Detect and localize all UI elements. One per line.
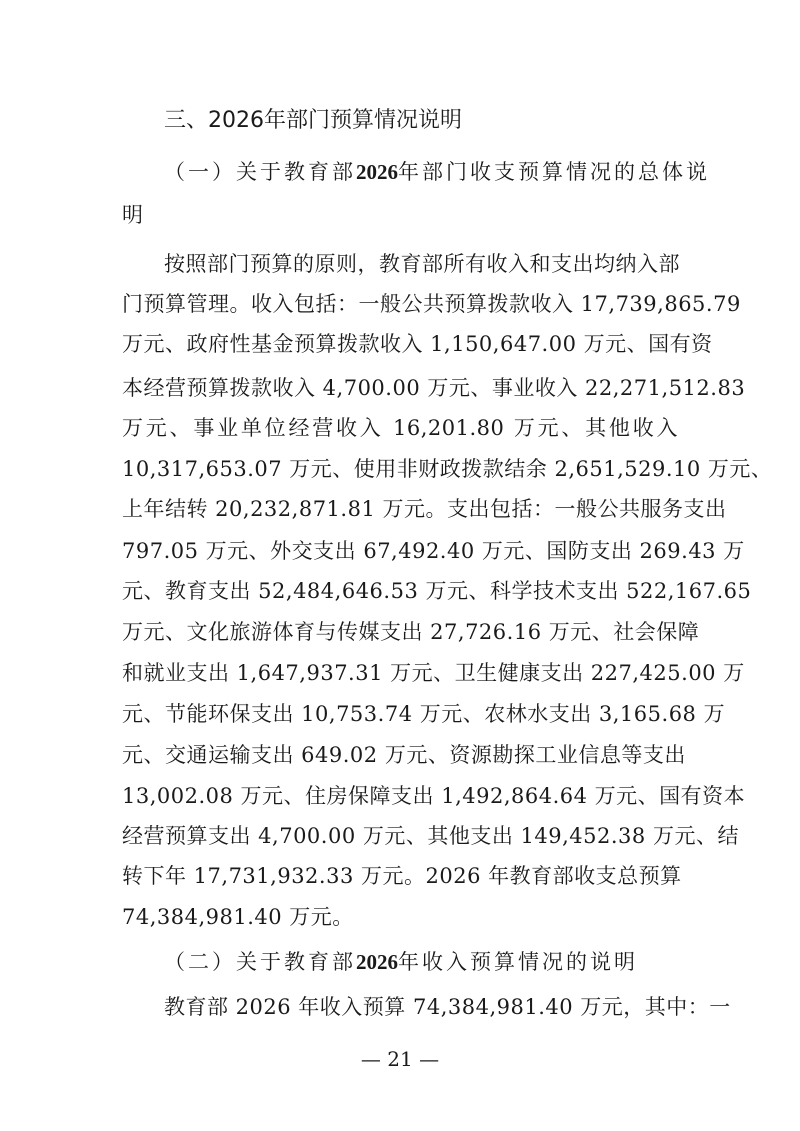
subsection-1-heading-line-1: （一）关于教育部2026年部门收支预算情况的总体说 [164,158,678,186]
paragraph-1-line: 13,002.08 万元、住房保障支出 1,492,864.64 万元、国有资本 [122,782,678,810]
subsection-1-prefix: （一）关于教育部 [164,160,356,184]
paragraph-1-line: 转下年 17,731,932.33 万元。2026 年教育部收支总预算 [122,862,678,890]
paragraph-1-line: 元、教育支出 52,484,646.53 万元、科学技术支出 522,167.6… [122,577,678,605]
subsection-2-prefix: （二）关于教育部 [164,950,356,974]
paragraph-1-line: 797.05 万元、外交支出 67,492.40 万元、国防支出 269.43 … [122,537,678,565]
paragraph-1-line: 本经营预算拨款收入 4,700.00 万元、事业收入 22,271,512.83 [122,374,678,402]
paragraph-1-line: 经营预算支出 4,700.00 万元、其他支出 149,452.38 万元、结 [122,822,678,850]
page-number: — 21 — [0,1046,800,1072]
subsection-2-suffix: 年收入预算情况的说明 [398,950,638,974]
paragraph-1-line: 万元、事业单位经营收入 16,201.80 万元、其他收入 [122,414,678,442]
paragraph-1-line: 10,317,653.07 万元、使用非财政拨款结余 2,651,529.10 … [122,455,678,483]
document-page: 三、2026年部门预算情况说明 （一）关于教育部2026年部门收支预算情况的总体… [0,0,800,1131]
subsection-1-suffix: 年部门收支预算情况的总体说 [398,160,710,184]
paragraph-1-line: 74,384,981.40 万元。 [122,903,678,931]
paragraph-1-line: 元、交通运输支出 649.02 万元、资源勘探工业信息等支出 [122,741,678,769]
paragraph-1-line: 万元、政府性基金预算拨款收入 1,150,647.00 万元、国有资 [122,330,678,358]
paragraph-2-line: 教育部 2026 年收入预算 74,384,981.40 万元，其中：一 [164,993,678,1021]
paragraph-1-line: 门预算管理。收入包括：一般公共预算拨款收入 17,739,865.79 [122,290,678,318]
subsection-1-heading-line-2: 明 [122,201,678,229]
paragraph-1-line: 上年结转 20,232,871.81 万元。支出包括：一般公共服务支出 [122,495,678,523]
subsection-1-year: 2026 [356,160,398,184]
section-title: 三、2026年部门预算情况说明 [164,106,462,136]
paragraph-1-line: 和就业支出 1,647,937.31 万元、卫生健康支出 227,425.00 … [122,659,678,687]
subsection-2-year: 2026 [356,950,398,974]
paragraph-1-line: 按照部门预算的原则，教育部所有收入和支出均纳入部 [164,250,678,278]
subsection-2-heading: （二）关于教育部2026年收入预算情况的说明 [164,948,678,976]
paragraph-1-line: 万元、文化旅游体育与传媒支出 27,726.16 万元、社会保障 [122,618,678,646]
paragraph-1-line: 元、节能环保支出 10,753.74 万元、农林水支出 3,165.68 万 [122,700,678,728]
